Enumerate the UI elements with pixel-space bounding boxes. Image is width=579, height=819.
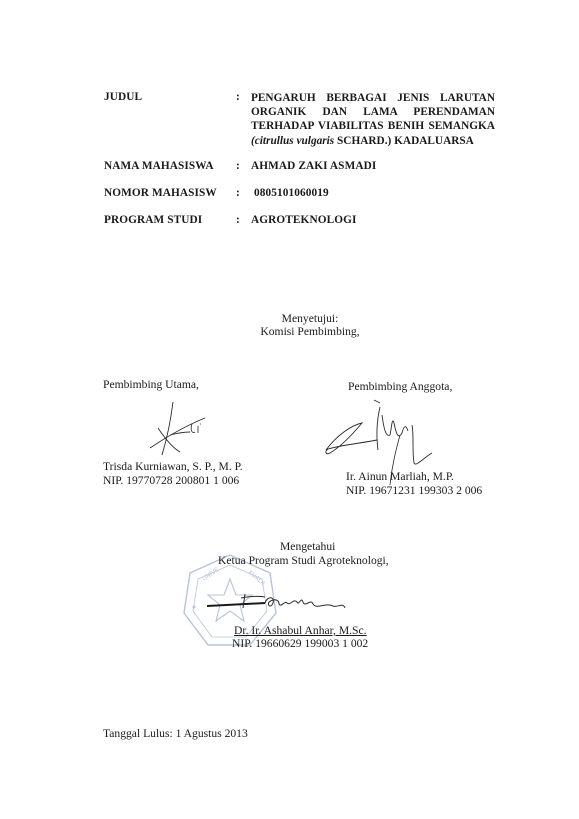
svg-text:KUALA: KUALA xyxy=(247,569,267,588)
title-line: PENGARUH BERBAGAI JENIS LARUTAN xyxy=(251,91,495,105)
field-label-judul: JUDUL xyxy=(104,91,142,103)
student-name: AHMAD ZAKI ASMADI xyxy=(251,160,376,172)
advisor-main-signature xyxy=(140,400,220,460)
field-label-nomor: NOMOR MAHASISW xyxy=(104,187,217,199)
title-line: (citrullus vulgaris SCHARD.) KADALUARSA xyxy=(251,134,495,148)
approval-committee: Komisi Pembimbing, xyxy=(220,325,400,338)
study-program: AGROTEKNOLOGI xyxy=(251,214,357,226)
graduation-date: Tanggal Lulus: 1 Agustus 2013 xyxy=(103,727,248,740)
advisor-main-nip: NIP. 19770728 200801 1 006 xyxy=(103,474,239,487)
head-role: Ketua Program Studi Agroteknologi, xyxy=(218,554,389,567)
advisor-main-role: Pembimbing Utama, xyxy=(103,378,199,391)
field-separator: : xyxy=(236,187,240,199)
field-separator: : xyxy=(236,160,240,172)
species-name: (citrullus vulgaris xyxy=(251,135,334,147)
title-line: TERHADAP VIABILITAS BENIH SEMANGKA xyxy=(251,119,495,133)
head-heading: Mengetahui xyxy=(280,540,335,553)
advisor-member-role: Pembimbing Anggota, xyxy=(348,380,452,393)
thesis-title: PENGARUH BERBAGAI JENIS LARUTAN ORGANIK … xyxy=(251,91,495,148)
title-line-rest: SCHARD.) KADALUARSA xyxy=(334,135,474,147)
svg-text:UNIVE: UNIVE xyxy=(201,566,220,582)
head-name: Dr. Ir. Ashabul Anhar, M.Sc. xyxy=(234,624,367,637)
advisor-member-name: Ir. Ainun Marliah, M.P. xyxy=(346,470,454,483)
head-signature xyxy=(205,588,355,622)
head-nip: NIP. 19660629 199003 1 002 xyxy=(232,637,368,650)
approval-heading: Menyetujui: xyxy=(220,312,400,325)
field-label-nama: NAMA MAHASISWA xyxy=(104,160,214,172)
advisor-main-name: Trisda Kurniawan, S. P., M. P. xyxy=(103,460,243,473)
field-label-program: PROGRAM STUDI xyxy=(104,214,202,226)
advisor-member-nip: NIP. 19671231 199303 2 006 xyxy=(346,484,482,497)
field-separator: : xyxy=(236,91,240,103)
title-line: ORGANIK DAN LAMA PERENDAMAN xyxy=(251,105,495,119)
student-number: 0805101060019 xyxy=(254,187,329,199)
field-separator: : xyxy=(236,214,240,226)
